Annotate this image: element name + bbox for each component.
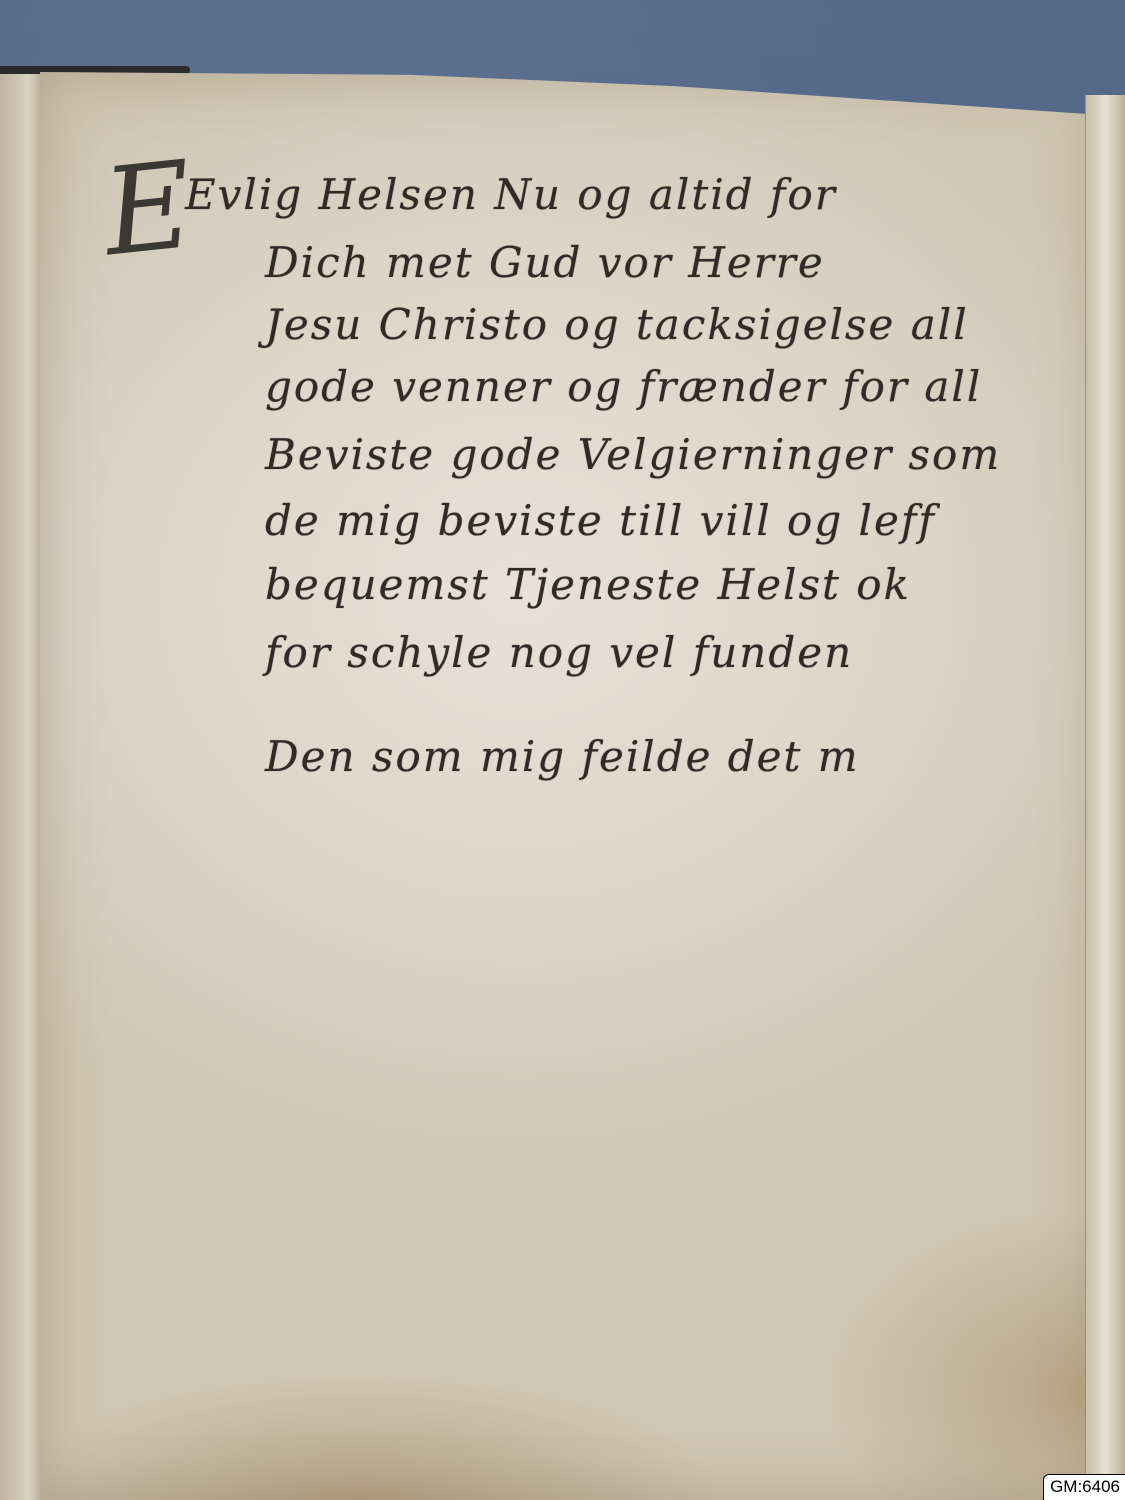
page-edge-right — [1085, 95, 1125, 1500]
text-line-8: for schyle nog vel funden — [265, 628, 853, 677]
text-line-5: Beviste gode Velgierninger som — [265, 430, 1001, 479]
text-line-6: de mig beviste till vill og leff — [265, 496, 936, 545]
catalog-id-label: GM:6406 — [1043, 1474, 1125, 1500]
text-line-2: Dich met Gud vor Herre — [265, 238, 825, 287]
text-line-3: Jesu Christo og tacksigelse all — [265, 300, 969, 349]
text-line-1: Evlig Helsen Nu og altid for — [185, 170, 837, 219]
text-line-9: Den som mig feilde det m — [265, 732, 860, 781]
text-line-7: bequemst Tjeneste Helst ok — [265, 560, 911, 609]
text-line-4: gode venner og frænder for all — [265, 362, 982, 411]
